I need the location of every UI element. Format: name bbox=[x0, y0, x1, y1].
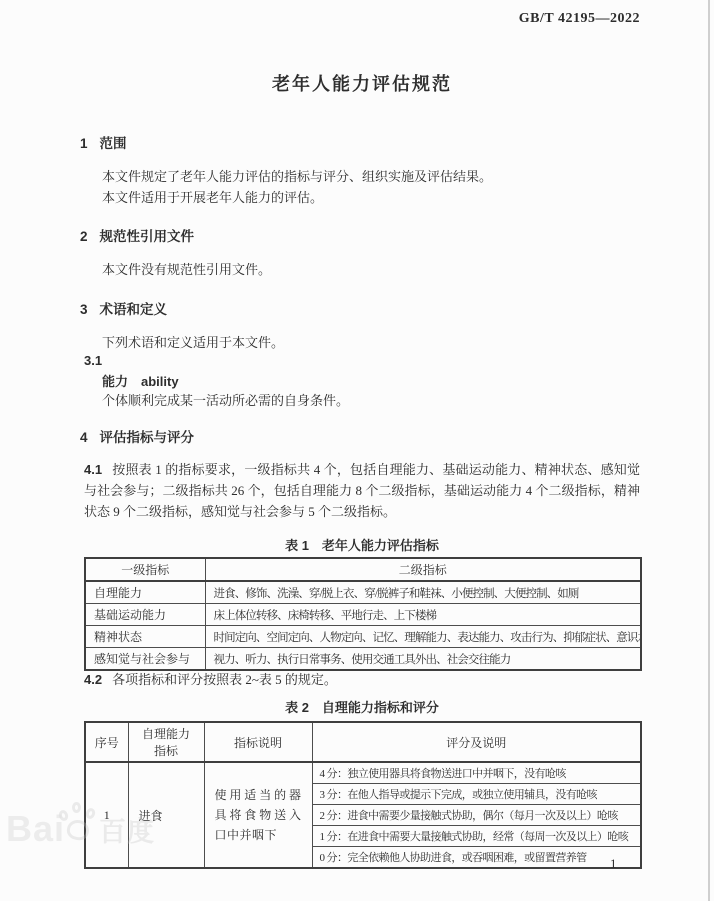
table-1-header-level2: 二级指标 bbox=[205, 558, 641, 581]
table-1-r1-level1: 基础运动能力 bbox=[85, 604, 205, 626]
section-1-number: 1 bbox=[80, 136, 88, 151]
section-3-title: 术语和定义 bbox=[100, 302, 168, 317]
document-page: GB/T 42195—2022 老年人能力评估规范 1范围 本文件规定了老年人能… bbox=[0, 0, 714, 901]
table-1-r2-level2: 时间定向、空间定向、人物定向、记忆、理解能力、表达能力、攻击行为、抑郁症状、意识… bbox=[205, 626, 641, 648]
clause-4-1-text: 按照表 1 的指标要求，一级指标共 4 个，包括自理能力、基础运动能力、精神状态… bbox=[84, 462, 640, 519]
table-1-r1-level2: 床上体位转移、床椅转移、平地行走、上下楼梯 bbox=[205, 604, 641, 626]
table-1-r2-level1: 精神状态 bbox=[85, 626, 205, 648]
baidu-watermark-latin: Bai bbox=[6, 808, 65, 850]
clause-4-2: 4.2各项指标和评分按照表 2~表 5 的规定。 bbox=[84, 669, 640, 690]
table-2-score-3: 3 分：在他人指导或提示下完成，或独立使用辅具，没有呛咳 bbox=[312, 784, 641, 805]
term-name: 能力 ability bbox=[102, 371, 179, 390]
table-2-selfcare-scoring: 序号 自理能力指标 指标说明 评分及说明 1 进食 使用适当的器具将食物送入口中… bbox=[84, 721, 642, 869]
table-2-header-description: 指标说明 bbox=[204, 722, 312, 762]
clause-4-2-number: 4.2 bbox=[84, 672, 102, 687]
page-number: 1 bbox=[610, 856, 617, 872]
standard-code: GB/T 42195—2022 bbox=[0, 11, 640, 27]
table-1-caption: 表 1 老年人能力评估指标 bbox=[84, 535, 640, 554]
section-1-title: 范围 bbox=[100, 136, 127, 151]
table-2-header-row: 序号 自理能力指标 指标说明 评分及说明 bbox=[85, 722, 641, 762]
table-1-header-level1: 一级指标 bbox=[85, 558, 205, 581]
section-3-number: 3 bbox=[80, 302, 88, 317]
table-2-caption: 表 2 自理能力指标和评分 bbox=[84, 697, 640, 716]
section-4-title: 评估指标与评分 bbox=[100, 430, 195, 445]
section-4-heading: 4评估指标与评分 bbox=[80, 426, 194, 446]
table-2-score-4: 4 分：独立使用器具将食物送进口中并咽下，没有呛咳 bbox=[312, 762, 641, 784]
table-2-row-no: 1 bbox=[85, 762, 128, 868]
table-row: 自理能力 进食、修饰、洗澡、穿/脱上衣、穿/脱裤子和鞋袜、小便控制、大便控制、如… bbox=[85, 581, 641, 604]
section-3-heading: 3术语和定义 bbox=[80, 298, 167, 318]
table-1-r3-level1: 感知觉与社会参与 bbox=[85, 648, 205, 671]
table-1-header-row: 一级指标 二级指标 bbox=[85, 558, 641, 581]
clause-4-1-number: 4.1 bbox=[84, 462, 102, 477]
table-1-r0-level1: 自理能力 bbox=[85, 581, 205, 604]
section-2-number: 2 bbox=[80, 229, 88, 244]
table-2-header-indicator: 自理能力指标 bbox=[128, 722, 204, 762]
table-2-row-indicator: 进食 bbox=[128, 762, 204, 868]
section-1-paragraph-1: 本文件规定了老年人能力评估的指标与评分、组织实施及评估结果。 bbox=[102, 167, 640, 187]
table-row: 感知觉与社会参与 视力、听力、执行日常事务、使用交通工具外出、社会交往能力 bbox=[85, 648, 641, 671]
clause-4-2-text: 各项指标和评分按照表 2~表 5 的规定。 bbox=[112, 672, 337, 687]
clause-4-1: 4.1按照表 1 的指标要求，一级指标共 4 个，包括自理能力、基础运动能力、精… bbox=[84, 459, 640, 522]
table-row: 精神状态 时间定向、空间定向、人物定向、记忆、理解能力、表达能力、攻击行为、抑郁… bbox=[85, 626, 641, 648]
scan-edge-line bbox=[708, 0, 710, 901]
document-title: 老年人能力评估规范 bbox=[84, 70, 640, 96]
table-2-header-scoring: 评分及说明 bbox=[312, 722, 641, 762]
term-number: 3.1 bbox=[84, 353, 102, 368]
term-definition: 个体顺利完成某一活动所必需的自身条件。 bbox=[102, 391, 640, 411]
table-2-score-1: 1 分：在进食中需要大量接触式协助，经常（每周一次及以上）呛咳 bbox=[312, 826, 641, 847]
section-1-heading: 1范围 bbox=[80, 132, 127, 152]
section-2-heading: 2规范性引用文件 bbox=[80, 225, 194, 245]
section-1-paragraph-2: 本文件适用于开展老年人能力的评估。 bbox=[102, 188, 640, 208]
section-3-paragraph-1: 下列术语和定义适用于本文件。 bbox=[102, 333, 640, 353]
section-4-number: 4 bbox=[80, 430, 88, 445]
table-row: 基础运动能力 床上体位转移、床椅转移、平地行走、上下楼梯 bbox=[85, 604, 641, 626]
table-row: 1 进食 使用适当的器具将食物送入口中并咽下 4 分：独立使用器具将食物送进口中… bbox=[85, 762, 641, 784]
table-2-score-0: 0 分：完全依赖他人协助进食，或吞咽困难，或留置营养管 bbox=[312, 847, 641, 869]
table-2-row-description: 使用适当的器具将食物送入口中并咽下 bbox=[204, 762, 312, 868]
table-2-score-2: 2 分：进食中需要少量接触式协助，偶尔（每月一次及以上）呛咳 bbox=[312, 805, 641, 826]
table-1-r0-level2: 进食、修饰、洗澡、穿/脱上衣、穿/脱裤子和鞋袜、小便控制、大便控制、如厕 bbox=[205, 581, 641, 604]
table-2-header-no: 序号 bbox=[85, 722, 128, 762]
section-2-title: 规范性引用文件 bbox=[100, 229, 195, 244]
table-1-r3-level2: 视力、听力、执行日常事务、使用交通工具外出、社会交往能力 bbox=[205, 648, 641, 671]
table-1-assessment-indicators: 一级指标 二级指标 自理能力 进食、修饰、洗澡、穿/脱上衣、穿/脱裤子和鞋袜、小… bbox=[84, 557, 642, 671]
section-2-paragraph-1: 本文件没有规范性引用文件。 bbox=[102, 260, 640, 280]
